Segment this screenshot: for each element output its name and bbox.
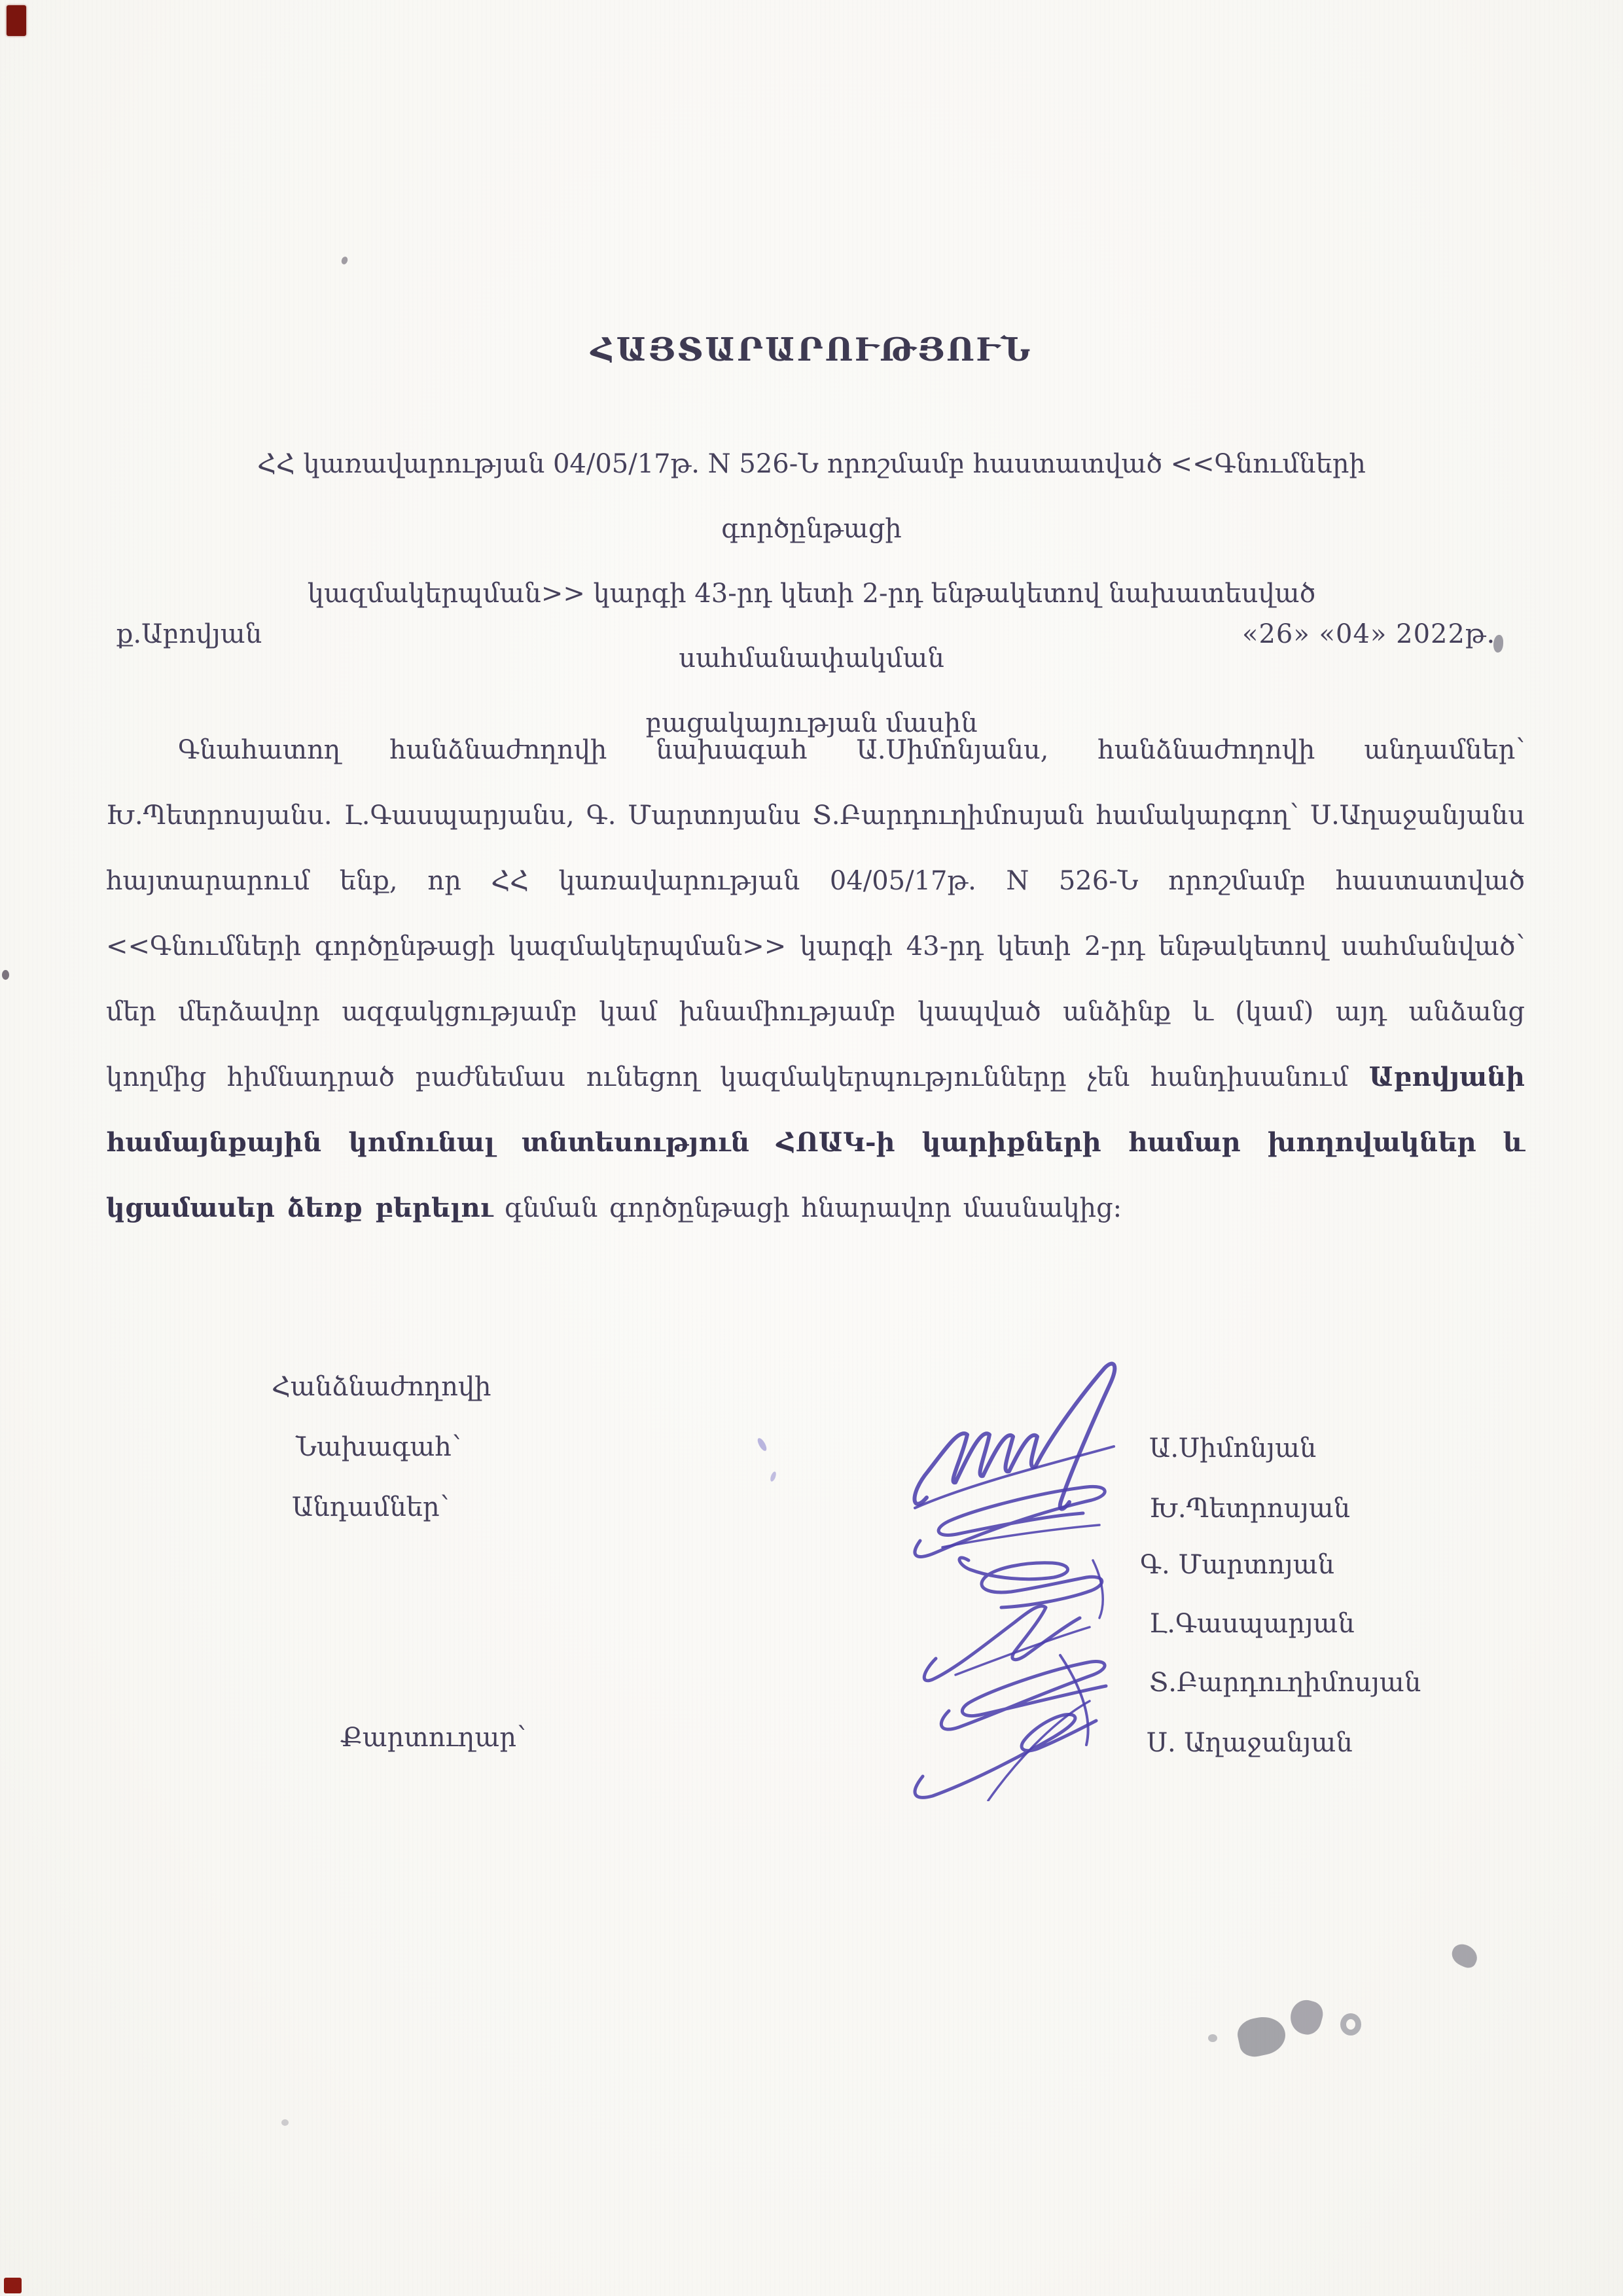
- scan-smudge-bottom-right-2: [1287, 1997, 1326, 2038]
- label-members: Անդամներ՝: [292, 1492, 449, 1522]
- document-date: «26» «04» 2022թ.: [1242, 619, 1495, 649]
- label-chairman: Նախագահ՝: [296, 1432, 461, 1462]
- ink-smudge-1: [756, 1437, 768, 1452]
- scan-smudge-bottom-right-1: [1235, 2013, 1289, 2060]
- scan-smudge-ring: [1340, 2013, 1361, 2036]
- body-text-part1: Գնահատող հանձնաժողովի նախագահ Ա.Սիմոնյան…: [106, 735, 1525, 1092]
- signer-name-petrosyan: Խ.Պետրոսյան: [1149, 1494, 1350, 1524]
- scan-smudge-small: [1208, 2034, 1217, 2042]
- signer-name-barduximosyan: Տ.Բարդուղիմոսյան: [1149, 1668, 1421, 1698]
- scan-smudge-right: [1448, 1941, 1481, 1971]
- body-text-part3: գնման գործընթացի հնարավոր մասնակից:: [493, 1193, 1122, 1223]
- label-committee: Հանձնաժողովի: [272, 1372, 491, 1402]
- scan-speck-left-edge: [2, 970, 9, 980]
- scanned-declaration-page: ՀԱՅՏԱՐԱՐՈՒԹՅՈՒՆ ՀՀ կառավարության 04/05/1…: [0, 0, 1623, 2296]
- document-title: ՀԱՅՏԱՐԱՐՈՒԹՅՈՒՆ: [0, 331, 1623, 368]
- handwritten-signatures: [895, 1343, 1170, 1801]
- signer-name-aghajanyan: Ս. Աղաջանյան: [1147, 1728, 1353, 1758]
- declaration-body: Գնահատող հանձնաժողովի նախագահ Ա.Սիմոնյան…: [106, 717, 1525, 1241]
- label-secretary: Քարտուղար՝: [340, 1723, 526, 1753]
- signature-simonyan-flourish: [915, 1446, 1114, 1508]
- scan-speck-top: [340, 256, 349, 265]
- scan-edge-mark-top-left: [7, 5, 26, 36]
- signature-petrosyan-flourish: [942, 1525, 1099, 1547]
- place-city: ք.Աբովյան: [116, 619, 262, 649]
- subject-line-1: ՀՀ կառավարության 04/05/17թ. N 526-Ն որոշ…: [183, 432, 1440, 562]
- document-subject: ՀՀ կառավարության 04/05/17թ. N 526-Ն որոշ…: [183, 432, 1440, 756]
- scan-faint-dot: [281, 2119, 289, 2126]
- scan-edge-mark-bottom-left: [4, 2278, 22, 2293]
- ink-smudge-2: [769, 1471, 777, 1482]
- signature-martoyan-ink: [959, 1558, 1102, 1607]
- signer-name-gasparyan: Լ.Գասպարյան: [1149, 1609, 1355, 1639]
- signer-name-simonyan: Ա.Սիմոնյան: [1149, 1433, 1316, 1463]
